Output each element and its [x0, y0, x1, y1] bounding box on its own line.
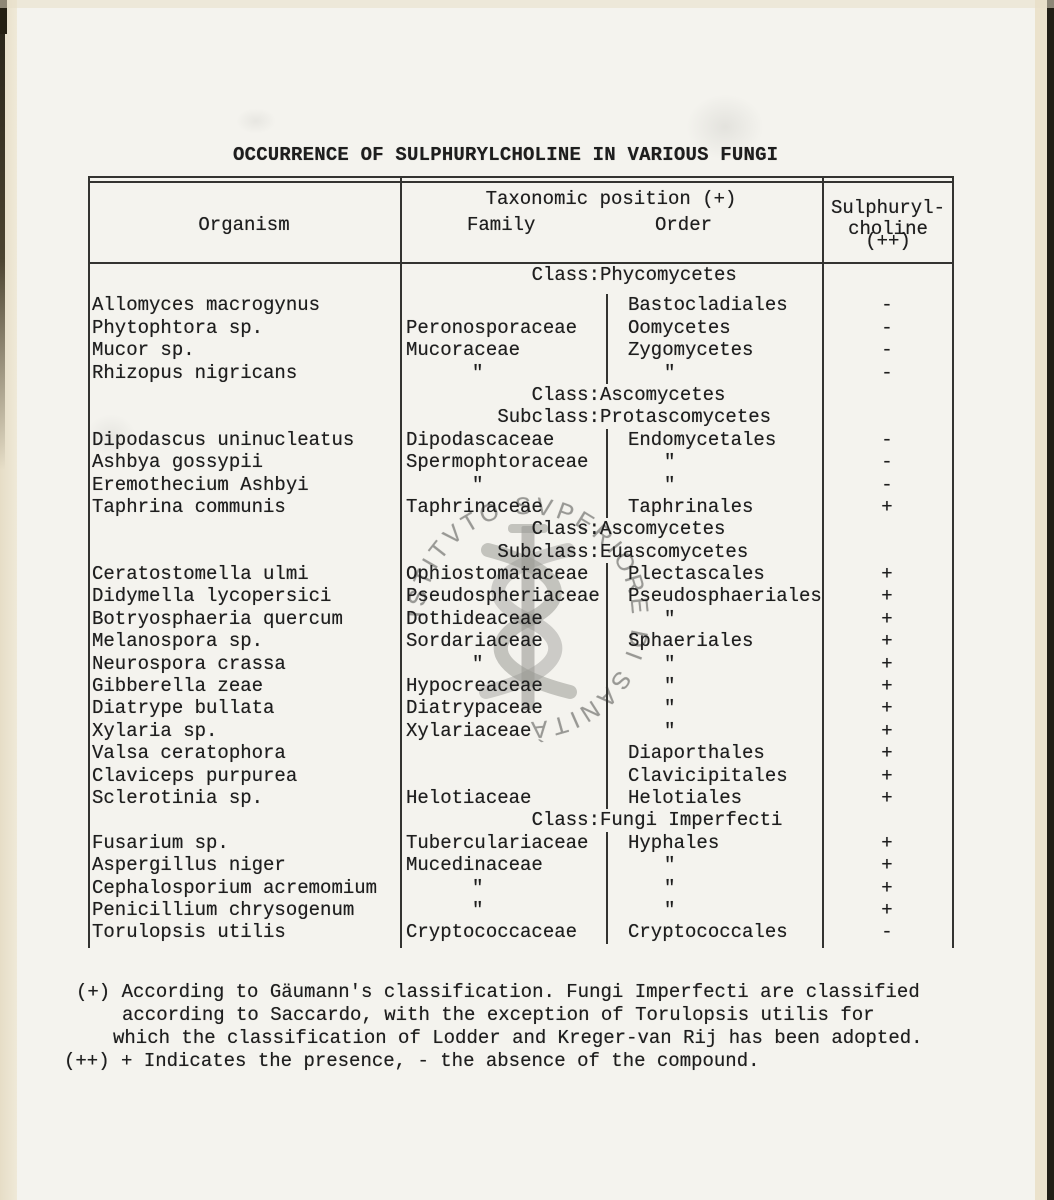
- section-label: Class:: [88, 264, 600, 286]
- footnote-line: according to Saccardo, with the exceptio…: [122, 1004, 875, 1026]
- sulphurylcholine-result-cell: +: [822, 877, 952, 899]
- footnote-line: which the classification of Lodder and K…: [113, 1027, 923, 1049]
- scan-edge-top: [0, 0, 1054, 8]
- organism-cell: Mucor sp.: [88, 339, 400, 361]
- sulphurylcholine-result-cell: +: [822, 608, 952, 630]
- footnote-line: (++) + Indicates the presence, - the abs…: [64, 1050, 760, 1072]
- order-cell: Clavicipitales: [608, 765, 822, 787]
- table-row: Cephalosporium acremomium " " +: [88, 877, 954, 899]
- sulphurylcholine-result-cell: -: [822, 429, 952, 451]
- sulphurylcholine-result-cell: +: [822, 585, 952, 607]
- section-value: Ascomycetes: [600, 518, 725, 540]
- table-row: Diatrype bullata Diatrypaceae " +: [88, 697, 954, 719]
- order-cell: Hyphales: [608, 832, 822, 854]
- scanned-document-page: ISTITVTO SVPERIORE DI SANITÀ OCCURRENCE …: [0, 0, 1054, 1200]
- organism-cell: Cephalosporium acremomium: [88, 877, 400, 899]
- table-row: Ceratostomella ulmi Ophiostomataceae Ple…: [88, 563, 954, 585]
- family-cell: ": [400, 474, 608, 496]
- scan-edge-left-dark: [0, 0, 5, 470]
- organism-cell: Ashbya gossypii: [88, 451, 400, 473]
- section-value: Protascomycetes: [600, 406, 771, 428]
- organism-cell: Fusarium sp.: [88, 832, 400, 854]
- table-rows: Class:Phycomycetes Allomyces macrogynus …: [88, 264, 954, 944]
- family-cell: Xylariaceae: [400, 720, 608, 742]
- family-cell: [400, 294, 608, 316]
- section-header-row: Class:Ascomycetes: [88, 518, 954, 540]
- bleed-through-smudge: [236, 108, 276, 134]
- sulphurylcholine-header-line3: (++): [824, 231, 952, 252]
- column-header-taxonomic-position: Taxonomic position (+): [400, 188, 822, 210]
- order-cell: ": [608, 362, 822, 384]
- sulphurylcholine-result-cell: +: [822, 742, 952, 764]
- table-row: Xylaria sp. Xylariaceae " +: [88, 720, 954, 742]
- organism-cell: Phytophtora sp.: [88, 317, 400, 339]
- table-row: Taphrina communis Taphrinaceae Taphrinal…: [88, 496, 954, 518]
- section-value: Ascomycetes: [600, 384, 725, 406]
- family-cell: ": [400, 877, 608, 899]
- order-cell: ": [608, 697, 822, 719]
- order-cell: Sphaeriales: [608, 630, 822, 652]
- sulphurylcholine-result-cell: +: [822, 630, 952, 652]
- sulphurylcholine-result-cell: +: [822, 697, 952, 719]
- sulphurylcholine-result-cell: +: [822, 653, 952, 675]
- family-cell: ": [400, 899, 608, 921]
- family-cell: Spermophtoraceae: [400, 451, 608, 473]
- family-cell: [400, 742, 608, 764]
- section-value: Euascomycetes: [600, 541, 748, 563]
- order-cell: Bastocladiales: [608, 294, 822, 316]
- order-cell: ": [608, 854, 822, 876]
- order-cell: Helotiales: [608, 787, 822, 809]
- scan-corner-top-left: [0, 0, 7, 34]
- organism-cell: Taphrina communis: [88, 496, 400, 518]
- organism-cell: Rhizopus nigricans: [88, 362, 400, 384]
- organism-cell: Neurospora crassa: [88, 653, 400, 675]
- column-header-organism: Organism: [88, 214, 400, 236]
- footnote-line: (+) According to Gäumann's classificatio…: [76, 981, 920, 1003]
- table-row: Allomyces macrogynus Bastocladiales -: [88, 294, 954, 316]
- organism-cell: Claviceps purpurea: [88, 765, 400, 787]
- scan-edge-right: [1035, 0, 1054, 1200]
- order-cell: Endomycetales: [608, 429, 822, 451]
- page-title: OCCURRENCE OF SULPHURYLCHOLINE IN VARIOU…: [233, 144, 778, 166]
- section-header-row: Class:Fungi Imperfecti: [88, 809, 954, 831]
- order-cell: ": [608, 474, 822, 496]
- table-row: Gibberella zeae Hypocreaceae " +: [88, 675, 954, 697]
- organism-cell: Botryosphaeria quercum: [88, 608, 400, 630]
- family-cell: Tuberculariaceae: [400, 832, 608, 854]
- order-cell: ": [608, 675, 822, 697]
- table-row: Dipodascus uninucleatus Dipodascaceae En…: [88, 429, 954, 451]
- organism-cell: Sclerotinia sp.: [88, 787, 400, 809]
- family-cell: Dipodascaceae: [400, 429, 608, 451]
- table-row: Sclerotinia sp. Helotiaceae Helotiales +: [88, 787, 954, 809]
- sulphurylcholine-result-cell: +: [822, 496, 952, 518]
- table-row: Didymella lycopersici Pseudospheriaceae …: [88, 585, 954, 607]
- order-cell: Taphrinales: [608, 496, 822, 518]
- family-cell: Helotiaceae: [400, 787, 608, 809]
- order-cell: ": [608, 451, 822, 473]
- order-cell: Pseudosphaeriales: [608, 585, 822, 607]
- sulphurylcholine-result-cell: -: [822, 317, 952, 339]
- organism-cell: Dipodascus uninucleatus: [88, 429, 400, 451]
- order-cell: ": [608, 653, 822, 675]
- column-header-sulphurylcholine: Sulphuryl- choline (++): [824, 198, 952, 252]
- section-header-row: Subclass:Euascomycetes: [88, 541, 954, 563]
- sulphurylcholine-result-cell: -: [822, 451, 952, 473]
- sulphurylcholine-result-cell: -: [822, 921, 952, 943]
- table-header: Taxonomic position (+) Organism Family O…: [88, 176, 954, 262]
- table-row: Penicillium chrysogenum " " +: [88, 899, 954, 921]
- organism-cell: Eremothecium Ashbyi: [88, 474, 400, 496]
- sulphurylcholine-result-cell: +: [822, 765, 952, 787]
- family-cell: Hypocreaceae: [400, 675, 608, 697]
- order-cell: ": [608, 899, 822, 921]
- family-cell: Mucoraceae: [400, 339, 608, 361]
- column-header-order: Order: [655, 214, 712, 236]
- family-cell: ": [400, 362, 608, 384]
- organism-cell: Aspergillus niger: [88, 854, 400, 876]
- family-cell: Pseudospheriaceae: [400, 585, 608, 607]
- organism-cell: Penicillium chrysogenum: [88, 899, 400, 921]
- section-label: Subclass:: [88, 541, 600, 563]
- organism-cell: Melanospora sp.: [88, 630, 400, 652]
- order-cell: Zygomycetes: [608, 339, 822, 361]
- scan-edge-left: [0, 0, 17, 1200]
- table-row: Neurospora crassa " " +: [88, 653, 954, 675]
- family-cell: Dothideaceae: [400, 608, 608, 630]
- section-header-row: Class:Ascomycetes: [88, 384, 954, 406]
- section-label: Class:: [88, 518, 600, 540]
- family-cell: [400, 765, 608, 787]
- order-cell: Oomycetes: [608, 317, 822, 339]
- table-row: Valsa ceratophora Diaporthales +: [88, 742, 954, 764]
- sulphurylcholine-result-cell: +: [822, 787, 952, 809]
- fungi-occurrence-table: Taxonomic position (+) Organism Family O…: [88, 176, 954, 950]
- order-cell: Plectascales: [608, 563, 822, 585]
- table-row: Eremothecium Ashbyi " " -: [88, 474, 954, 496]
- sulphurylcholine-result-cell: -: [822, 362, 952, 384]
- sulphurylcholine-result-cell: -: [822, 294, 952, 316]
- table-row: Fusarium sp. Tuberculariaceae Hyphales +: [88, 832, 954, 854]
- sulphurylcholine-result-cell: +: [822, 675, 952, 697]
- section-label: Subclass:: [88, 406, 600, 428]
- sulphurylcholine-header-line1: Sulphuryl-: [824, 198, 952, 219]
- sulphurylcholine-result-cell: +: [822, 899, 952, 921]
- family-cell: Diatrypaceae: [400, 697, 608, 719]
- family-cell: Cryptococcaceae: [400, 921, 608, 943]
- section-value: Fungi Imperfecti: [600, 809, 782, 831]
- sulphurylcholine-result-cell: +: [822, 854, 952, 876]
- scan-edge-right-dark: [1047, 0, 1054, 1200]
- table-row: Torulopsis utilis Cryptococcaceae Crypto…: [88, 921, 954, 943]
- family-cell: Sordariaceae: [400, 630, 608, 652]
- sulphurylcholine-result-cell: +: [822, 720, 952, 742]
- table-row: Ashbya gossypii Spermophtoraceae " -: [88, 451, 954, 473]
- table-row: Mucor sp. Mucoraceae Zygomycetes -: [88, 339, 954, 361]
- organism-cell: Torulopsis utilis: [88, 921, 400, 943]
- order-cell: Diaporthales: [608, 742, 822, 764]
- table-row: Melanospora sp. Sordariaceae Sphaeriales…: [88, 630, 954, 652]
- table-row: Phytophtora sp. Peronosporaceae Oomycete…: [88, 317, 954, 339]
- organism-cell: Valsa ceratophora: [88, 742, 400, 764]
- organism-cell: Allomyces macrogynus: [88, 294, 400, 316]
- order-cell: ": [608, 720, 822, 742]
- section-label: Class:: [88, 809, 600, 831]
- family-cell: Peronosporaceae: [400, 317, 608, 339]
- section-label: Class:: [88, 384, 600, 406]
- section-value: Phycomycetes: [600, 264, 737, 286]
- sulphurylcholine-result-cell: +: [822, 563, 952, 585]
- organism-cell: Ceratostomella ulmi: [88, 563, 400, 585]
- family-cell: Ophiostomataceae: [400, 563, 608, 585]
- organism-cell: Diatrype bullata: [88, 697, 400, 719]
- order-cell: Cryptococcales: [608, 921, 822, 943]
- family-cell: ": [400, 653, 608, 675]
- column-header-family: Family: [467, 214, 535, 236]
- sulphurylcholine-result-cell: +: [822, 832, 952, 854]
- organism-cell: Didymella lycopersici: [88, 585, 400, 607]
- table-row: Botryosphaeria quercum Dothideaceae " +: [88, 608, 954, 630]
- organism-cell: Gibberella zeae: [88, 675, 400, 697]
- section-header-row: Class:Phycomycetes: [88, 264, 954, 286]
- table-row: Claviceps purpurea Clavicipitales +: [88, 765, 954, 787]
- sulphurylcholine-result-cell: -: [822, 474, 952, 496]
- family-cell: Taphrinaceae: [400, 496, 608, 518]
- order-cell: ": [608, 608, 822, 630]
- section-header-row: Subclass:Protascomycetes: [88, 406, 954, 428]
- sulphurylcholine-result-cell: -: [822, 339, 952, 361]
- family-cell: Mucedinaceae: [400, 854, 608, 876]
- organism-cell: Xylaria sp.: [88, 720, 400, 742]
- table-row: Rhizopus nigricans " " -: [88, 362, 954, 384]
- order-cell: ": [608, 877, 822, 899]
- table-row: Aspergillus niger Mucedinaceae " +: [88, 854, 954, 876]
